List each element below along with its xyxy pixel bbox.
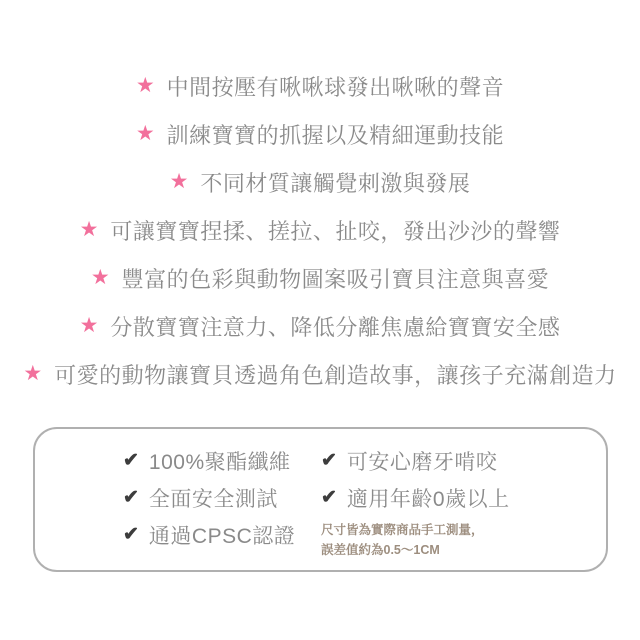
star-icon: ★ <box>170 171 189 192</box>
spec-text: 通過CPSC認證 <box>149 520 295 550</box>
star-icon: ★ <box>91 267 110 288</box>
spec-item-cpsc-certified: ✔ 通過CPSC認證 <box>123 520 321 550</box>
check-icon: ✔ <box>321 451 337 470</box>
feature-item: ★ 中間按壓有啾啾球發出啾啾的聲音 <box>0 62 640 110</box>
spec-item-safety-tested: ✔ 全面安全測試 <box>123 483 321 513</box>
check-icon: ✔ <box>123 488 139 507</box>
star-icon: ★ <box>80 315 99 336</box>
product-description-page: ★ 中間按壓有啾啾球發出啾啾的聲音 ★ 訓練寶寶的抓握以及精細運動技能 ★ 不同… <box>0 0 640 640</box>
spec-text: 適用年齡0歲以上 <box>347 483 510 513</box>
spec-item-age-range: ✔ 適用年齡0歲以上 <box>321 483 510 513</box>
feature-item: ★ 不同材質讓觸覺刺激與發展 <box>0 158 640 206</box>
measurement-note: 尺寸皆為實際商品手工測量， 誤差值約為0.5～1CM <box>321 516 510 560</box>
spec-item-teething-safe: ✔ 可安心磨牙啃咬 <box>321 446 510 476</box>
feature-text: 可愛的動物讓寶貝透過角色創造故事，讓孩子充滿創造力 <box>54 359 617 390</box>
spec-text: 全面安全測試 <box>149 483 278 513</box>
feature-text: 豐富的色彩與動物圖案吸引寶貝注意與喜愛 <box>122 263 550 294</box>
feature-item: ★ 豐富的色彩與動物圖案吸引寶貝注意與喜愛 <box>0 254 640 302</box>
feature-text: 分散寶寶注意力、降低分離焦慮給寶寶安全感 <box>110 311 560 342</box>
check-icon: ✔ <box>123 525 139 544</box>
check-icon: ✔ <box>321 488 337 507</box>
measurement-note-line2: 誤差值約為0.5～1CM <box>321 540 510 560</box>
spec-box: ✔ 100%聚酯纖維 ✔ 可安心磨牙啃咬 ✔ 全面安全測試 ✔ 適用年齡0歲以上… <box>33 427 608 572</box>
feature-text: 中間按壓有啾啾球發出啾啾的聲音 <box>167 71 505 102</box>
feature-item: ★ 分散寶寶注意力、降低分離焦慮給寶寶安全感 <box>0 302 640 350</box>
spec-grid: ✔ 100%聚酯纖維 ✔ 可安心磨牙啃咬 ✔ 全面安全測試 ✔ 適用年齡0歲以上… <box>123 442 606 553</box>
feature-text: 訓練寶寶的抓握以及精細運動技能 <box>167 119 505 150</box>
star-icon: ★ <box>80 219 99 240</box>
feature-text: 可讓寶寶捏揉、搓拉、扯咬，發出沙沙的聲響 <box>110 215 560 246</box>
check-icon: ✔ <box>123 451 139 470</box>
spec-item-material: ✔ 100%聚酯纖維 <box>123 446 321 476</box>
spec-text: 100%聚酯纖維 <box>149 446 291 476</box>
star-icon: ★ <box>136 123 155 144</box>
feature-item: ★ 可讓寶寶捏揉、搓拉、扯咬，發出沙沙的聲響 <box>0 206 640 254</box>
feature-list: ★ 中間按壓有啾啾球發出啾啾的聲音 ★ 訓練寶寶的抓握以及精細運動技能 ★ 不同… <box>0 0 640 398</box>
measurement-note-line1: 尺寸皆為實際商品手工測量， <box>321 520 510 540</box>
spec-text: 可安心磨牙啃咬 <box>347 446 498 476</box>
feature-item: ★ 可愛的動物讓寶貝透過角色創造故事，讓孩子充滿創造力 <box>0 350 640 398</box>
feature-item: ★ 訓練寶寶的抓握以及精細運動技能 <box>0 110 640 158</box>
feature-text: 不同材質讓觸覺刺激與發展 <box>200 167 470 198</box>
star-icon: ★ <box>23 363 42 384</box>
star-icon: ★ <box>136 75 155 96</box>
